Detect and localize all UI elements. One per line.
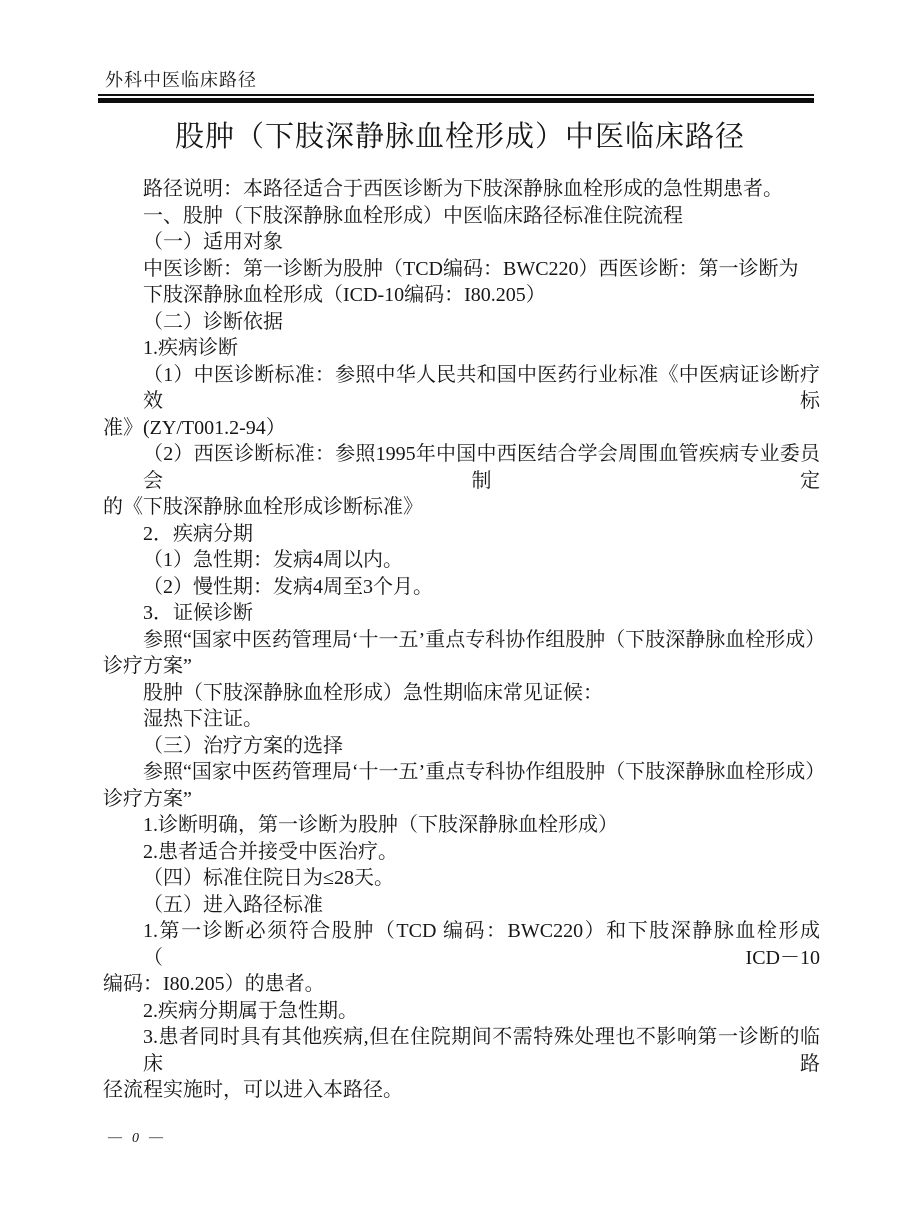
text-line: 3.患者同时具有其他疾病,但在住院期间不需特殊处理也不影响第一诊断的临床路: [103, 1024, 820, 1077]
header-rule: [98, 94, 814, 103]
text-line: 准》(ZY/T001.2-94）: [103, 415, 820, 442]
text-line: 1.第一诊断必须符合股肿（TCD 编码：BWC220）和下肢深静脉血栓形成（IC…: [103, 918, 820, 971]
text-line: 路径说明：本路径适合于西医诊断为下肢深静脉血栓形成的急性期患者。: [103, 176, 820, 203]
text-line: 1.疾病诊断: [103, 335, 820, 362]
footer-page-number: 0: [132, 1131, 140, 1146]
text-line: 1.诊断明确，第一诊断为股肿（下肢深静脉血栓形成）: [103, 812, 820, 839]
text-line: 一、股肿（下肢深静脉血栓形成）中医临床路径标准住院流程: [103, 203, 820, 230]
text-line: 参照“国家中医药管理局‘十一五’重点专科协作组股肿（下肢深静脉血栓形成）: [103, 759, 820, 786]
header-rule-thick-line: [98, 98, 814, 103]
text-line: 2．疾病分期: [103, 521, 820, 548]
text-line: （2）西医诊断标准：参照1995年中国中西医结合学会周围血管疾病专业委员会制定: [103, 441, 820, 494]
footer-left-dash: —: [108, 1130, 123, 1145]
text-line: 2.疾病分期属于急性期。: [103, 998, 820, 1025]
text-line: 中医诊断：第一诊断为股肿（TCD编码：BWC220）西医诊断：第一诊断为: [103, 256, 820, 283]
text-line: 诊疗方案”: [103, 653, 820, 680]
text-line: （2）慢性期：发病4周至3个月。: [103, 574, 820, 601]
text-line: 诊疗方案”: [103, 786, 820, 813]
text-line: 2.患者适合并接受中医治疗。: [103, 839, 820, 866]
text-line: （1）急性期：发病4周以内。: [103, 547, 820, 574]
text-line: 湿热下注证。: [103, 706, 820, 733]
text-line: 编码：I80.205）的患者。: [103, 971, 820, 998]
body-text: 路径说明：本路径适合于西医诊断为下肢深静脉血栓形成的急性期患者。一、股肿（下肢深…: [103, 176, 820, 1104]
text-line: （1）中医诊断标准：参照中华人民共和国中医药行业标准《中医病证诊断疗效标: [103, 362, 820, 415]
page-footer: —0—: [108, 1131, 164, 1147]
document-page: 外科中医临床路径 股肿（下肢深静脉血栓形成）中医临床路径 路径说明：本路径适合于…: [0, 0, 920, 1228]
text-line: 股肿（下肢深静脉血栓形成）急性期临床常见证候：: [103, 680, 820, 707]
text-line: 3．证候诊断: [103, 600, 820, 627]
text-line: （四）标准住院日为≤28天。: [103, 865, 820, 892]
text-line: 的《下肢深静脉血栓形成诊断标准》: [103, 494, 820, 521]
text-line: （二）诊断依据: [103, 309, 820, 336]
running-header: 外科中医临床路径: [105, 66, 257, 92]
text-line: （一）适用对象: [103, 229, 820, 256]
text-line: （三）治疗方案的选择: [103, 733, 820, 760]
text-line: 径流程实施时，可以进入本路径。: [103, 1077, 820, 1104]
text-line: 参照“国家中医药管理局‘十一五’重点专科协作组股肿（下肢深静脉血栓形成）: [103, 627, 820, 654]
page-title: 股肿（下肢深静脉血栓形成）中医临床路径: [0, 114, 920, 155]
footer-right-dash: —: [149, 1130, 164, 1145]
text-line: 下肢深静脉血栓形成（ICD-10编码：I80.205）: [103, 282, 820, 309]
text-line: （五）进入路径标准: [103, 892, 820, 919]
